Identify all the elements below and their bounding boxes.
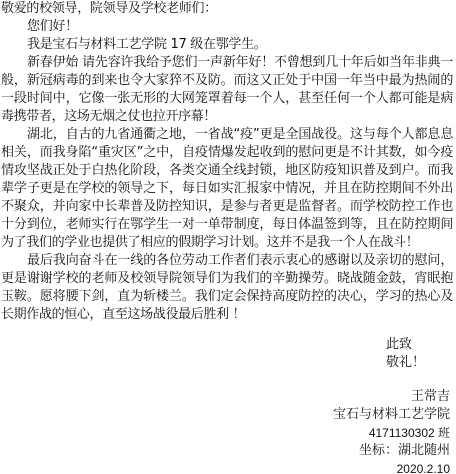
intro-line: 我是宝石与材料工艺学院 17 级在鄂学生。 bbox=[1, 36, 453, 54]
letter-body: 敬爱的校领导，院领导及学校老师们： 您们好！ 我是宝石与材料工艺学院 17 级在… bbox=[1, 0, 453, 324]
closing-jing-li: 敬礼！ bbox=[386, 354, 425, 372]
closing-ci-zhi: 此致 bbox=[386, 336, 412, 354]
salutation: 敬爱的校领导，院领导及学校老师们： bbox=[1, 0, 453, 18]
signature-class: 4171130302 班 bbox=[369, 424, 450, 442]
signature-date: 2020.2.10 bbox=[397, 460, 450, 474]
paragraph-1: 新春伊始 请先容许我给予您们一声新年好！不曾想到几十年后如当年非典一般，新冠病毒… bbox=[1, 54, 453, 126]
paragraph-3: 最后我向奋斗在一线的各位劳动工作者们表示衷心的感谢以及亲切的慰问，更是谢谢学校的… bbox=[1, 252, 453, 324]
signature-name: 王常吉 bbox=[411, 388, 450, 406]
paragraph-2: 湖北，自古的九省通衢之地，一省战“疫”更是全国战役。这与每个人都息息相关，而我身… bbox=[1, 126, 453, 252]
signature-location: 坐标：湖北随州 bbox=[359, 442, 450, 460]
greeting: 您们好！ bbox=[1, 18, 453, 36]
signature-institute: 宝石与材料工艺学院 bbox=[333, 406, 450, 424]
